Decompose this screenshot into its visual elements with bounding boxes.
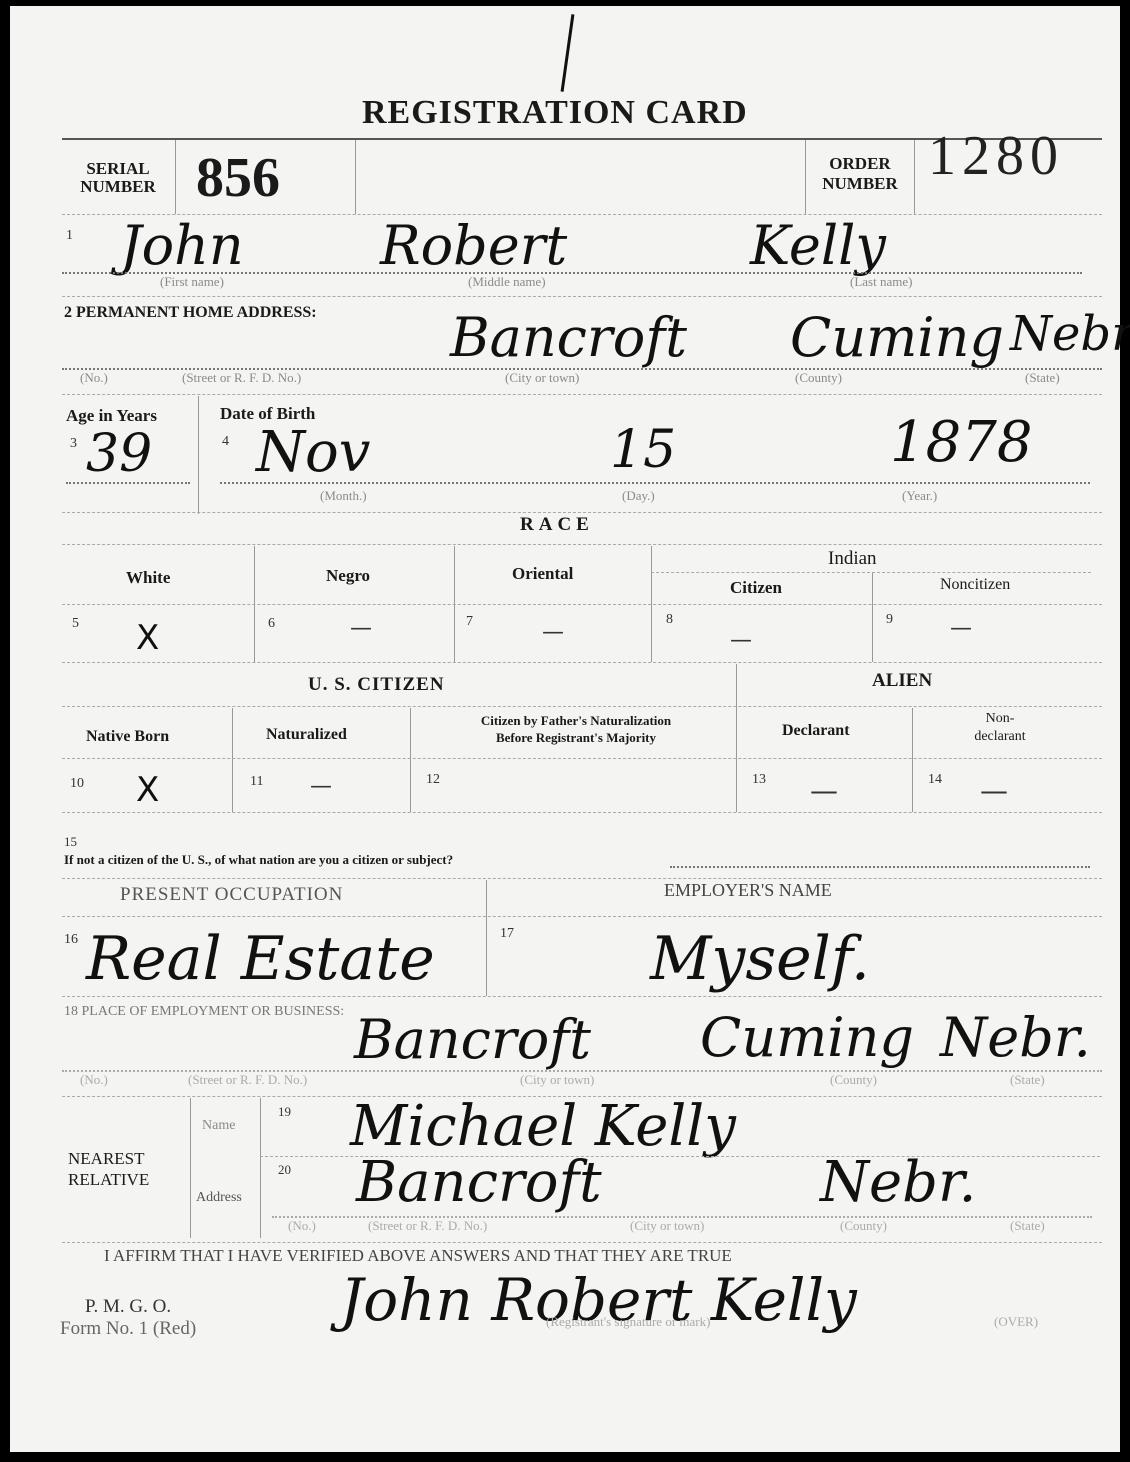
affirmation-text: I AFFIRM THAT I HAVE VERIFIED ABOVE ANSW… <box>104 1246 732 1266</box>
serial-number-label: SERIAL NUMBER <box>68 160 168 196</box>
home-county: Cuming <box>790 306 1004 369</box>
pen-stroke <box>561 14 575 92</box>
birth-month: Nov <box>256 420 370 485</box>
order-number-value: 1280 <box>928 124 1064 188</box>
form-id: P. M. G. O. Form No. 1 (Red) <box>60 1296 196 1340</box>
home-state: Nebr <box>1010 306 1130 362</box>
fathers-naturalization-label: Citizen by Father's Naturalization Befor… <box>426 712 726 746</box>
age-value: 39 <box>86 424 152 484</box>
middle-name: Robert <box>380 214 567 277</box>
occupation-value: Real Estate <box>86 924 435 994</box>
race-white-mark: X <box>136 618 159 658</box>
nation-question: If not a citizen of the U. S., of what n… <box>64 852 453 868</box>
employer-heading: EMPLOYER'S NAME <box>664 880 832 901</box>
race-indian-heading: Indian <box>828 548 877 570</box>
card-title: REGISTRATION CARD <box>362 94 748 132</box>
race-heading: RACE <box>520 514 594 536</box>
place-of-employment-label: 18 PLACE OF EMPLOYMENT OR BUSINESS: <box>64 1004 344 1020</box>
age-label: Age in Years <box>66 406 157 426</box>
alien-heading: ALIEN <box>872 670 932 692</box>
birth-year: 1878 <box>890 410 1033 475</box>
native-born-mark: X <box>136 770 159 810</box>
nearest-relative-label: NEAREST RELATIVE <box>68 1148 149 1190</box>
last-name: Kelly <box>750 214 886 277</box>
employment-city: Bancroft <box>354 1008 591 1071</box>
first-name: John <box>120 214 244 277</box>
us-citizen-heading: U. S. CITIZEN <box>308 674 445 696</box>
non-declarant-label: Non- declarant <box>940 710 1060 746</box>
employer-value: Myself. <box>650 924 870 994</box>
employment-state: Nebr. <box>940 1006 1091 1069</box>
employment-county: Cuming <box>700 1006 914 1069</box>
home-city: Bancroft <box>450 306 687 369</box>
relative-city: Bancroft <box>356 1150 602 1215</box>
birth-day: 15 <box>610 420 676 480</box>
home-address-label: 2 PERMANENT HOME ADDRESS: <box>64 304 317 322</box>
registration-card: REGISTRATION CARD SERIAL NUMBER 856 ORDE… <box>10 6 1120 1452</box>
serial-number-value: 856 <box>196 146 280 210</box>
relative-state: Nebr. <box>820 1150 976 1215</box>
order-number-label: ORDER NUMBER <box>810 154 910 194</box>
occupation-heading: PRESENT OCCUPATION <box>120 884 343 906</box>
